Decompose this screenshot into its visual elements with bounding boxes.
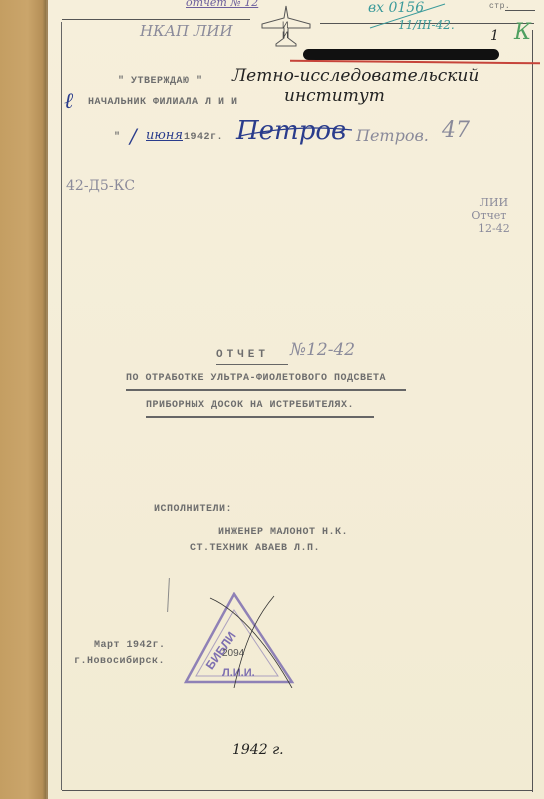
signature-stroke-icon: [236, 118, 356, 158]
executors-label: ИСПОЛНИТЕЛИ:: [154, 504, 232, 515]
subject-line2-underline: [146, 416, 374, 418]
archive-code: 42-Д5-КС: [66, 178, 135, 194]
frame-line-right: [532, 30, 533, 792]
approval-title: " УТВЕРЖДАЮ ": [118, 76, 203, 87]
library-stamp-icon: БИБЛИ 2094 Л.И.И.: [182, 592, 297, 688]
report-date: Март 1942г.: [94, 640, 166, 651]
page-label-line: [505, 10, 535, 11]
report-number: №12-42: [290, 340, 355, 360]
bottom-year: 1942 г.: [232, 742, 284, 758]
executor-1: ИНЖЕНЕР МАЛОНОТ Н.К.: [218, 527, 348, 538]
svg-text:И: И: [282, 30, 288, 40]
handwritten-institute-line1: Летно-исследовательский: [232, 66, 479, 86]
approval-initial-mark: ℓ: [64, 88, 73, 114]
report-subject-line2: ПРИБОРНЫХ ДОСОК НА ИСТРЕБИТЕЛЯХ.: [146, 400, 354, 411]
subject-line1-underline: [126, 389, 406, 391]
approval-signature-typed: Петров.: [356, 126, 429, 145]
report-number-stamp-top: отчет № 12: [186, 0, 258, 9]
approval-date-day: /: [130, 124, 137, 148]
side-note: ЛИИ Отчет 12-42: [478, 196, 510, 235]
report-subject-line1: ПО ОТРАБОТКЕ УЛЬТРА-ФИОЛЕТОВОГО ПОДСВЕТА: [126, 373, 386, 384]
frame-line-left: [61, 22, 62, 790]
approval-date-prefix: ": [114, 132, 121, 143]
report-city: г.Новосибирск.: [74, 656, 165, 667]
binding-strip: [0, 0, 46, 799]
page-number: 1: [490, 28, 499, 44]
svg-text:2094: 2094: [222, 648, 245, 659]
svg-text:И: И: [282, 20, 288, 30]
frame-line-bottom: [62, 790, 532, 791]
green-mark: К: [514, 20, 531, 45]
approval-number: 47: [442, 118, 470, 143]
report-title-underline: [216, 364, 288, 365]
handwritten-institute-line2: институт: [284, 86, 385, 106]
approval-date-year: 1942г.: [184, 132, 223, 143]
org-handwritten: НКАП ЛИИ: [140, 22, 233, 40]
executor-2: СТ.ТЕХНИК АВАЕВ Л.П.: [190, 543, 320, 554]
redaction-bar: [303, 49, 499, 60]
airplane-logo-icon: И И: [258, 4, 314, 52]
report-title: ОТЧЕТ: [216, 349, 269, 361]
approval-date-month: июня: [146, 128, 183, 143]
approval-position: НАЧАЛЬНИК ФИЛИАЛА Л И И: [88, 97, 238, 108]
side-note-line: 12-42: [478, 222, 510, 235]
frame-line-top-left: [62, 19, 250, 20]
teal-stroke-icon: [360, 0, 450, 30]
side-note-line: ЛИИ: [478, 196, 510, 209]
side-note-line: Отчет: [468, 209, 510, 222]
